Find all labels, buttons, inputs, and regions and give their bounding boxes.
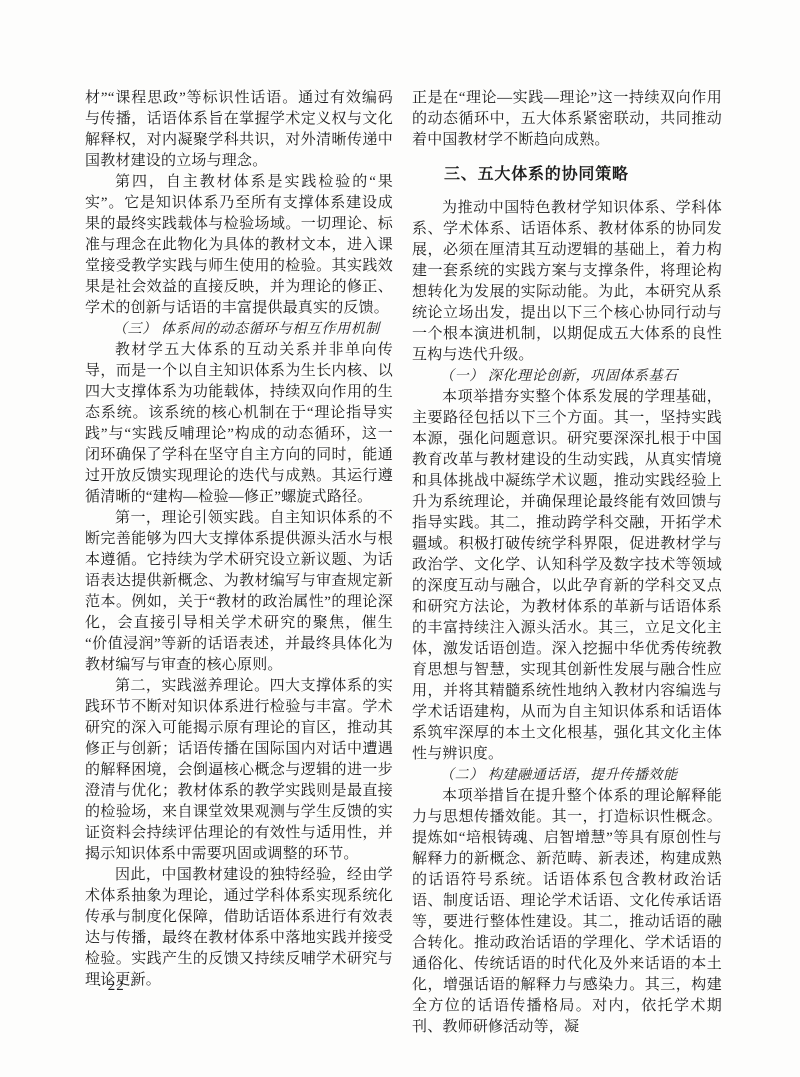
- paragraph: 因此，中国教材建设的独特经验，经由学术体系抽象为理论，通过学科体系实现系统化传承…: [85, 865, 393, 991]
- paragraph: 教材学五大体系的互动关系并非单向传导，而是一个以自主知识体系为生长内核、以四大支…: [85, 340, 393, 508]
- text-column-left: 材”“课程思政”等标识性话语。通过有效编码与传播，话语体系旨在掌握学术定义权与文…: [85, 88, 393, 1038]
- subsection-heading: （一） 深化理论创新，巩固体系基石: [412, 366, 722, 387]
- subsection-heading: （三） 体系间的动态循环与相互作用机制: [85, 319, 393, 340]
- paragraph: 本项举措旨在提升整个体系的理论解释能力与思想传播效能。其一，打造标识性概念。提炼…: [412, 786, 722, 1038]
- paragraph: 第二，实践滋养理论。四大支撑体系的实践环节不断对知识体系进行检验与丰富。学术研究…: [85, 676, 393, 865]
- paragraph: 为推动中国特色教材学知识体系、学科体系、学术体系、话语体系、教材体系的协同发展，…: [412, 198, 722, 366]
- page-number: · 22 ·: [97, 976, 136, 997]
- paragraph: 第一，理论引领实践。自主知识体系的不断完善能够为四大支撑体系提供源头活水与根本遵…: [85, 508, 393, 676]
- paragraph: 第四，自主教材体系是实践检验的“果实”。它是知识体系乃至所有支撑体系建设成果的最…: [85, 172, 393, 319]
- two-column-text-area: 材”“课程思政”等标识性话语。通过有效编码与传播，话语体系旨在掌握学术定义权与文…: [85, 88, 722, 1038]
- body-continued: 正是在“理论—实践—理论”这一持续双向作用的动态循环中，五大体系紧密联动，共同推…: [412, 88, 722, 151]
- scanned-paper-page: 材”“课程思政”等标识性话语。通过有效编码与传播，话语体系旨在掌握学术定义权与文…: [0, 0, 800, 1077]
- text-column-right: 正是在“理论—实践—理论”这一持续双向作用的动态循环中，五大体系紧密联动，共同推…: [412, 88, 722, 1038]
- paragraph: 本项举措夯实整个体系发展的学理基础，主要路径包括以下三个方面。其一，坚持实践本源…: [412, 387, 722, 765]
- section-heading: 三、五大体系的协同策略: [412, 164, 722, 185]
- subsection-heading: （二） 构建融通话语，提升传播效能: [412, 765, 722, 786]
- body-continued: 材”“课程思政”等标识性话语。通过有效编码与传播，话语体系旨在掌握学术定义权与文…: [85, 88, 393, 172]
